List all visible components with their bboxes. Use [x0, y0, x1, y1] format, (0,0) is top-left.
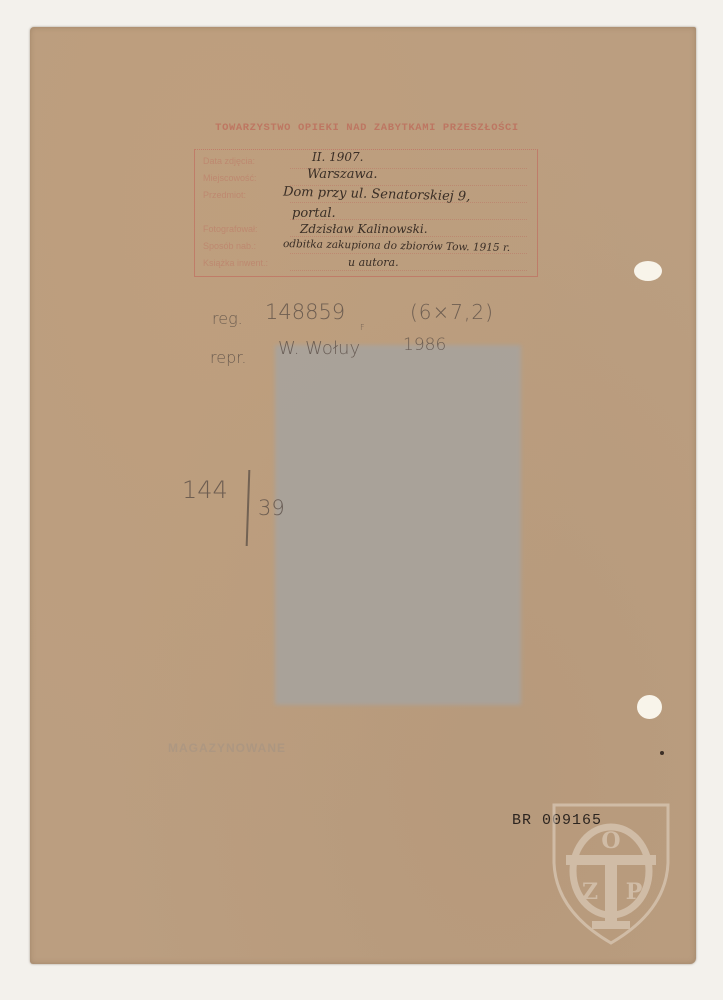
entry-place: Warszawa. [307, 167, 377, 182]
repr-by: W. Wołuy [278, 338, 360, 359]
entry-acquisition-line2: u autora. [348, 256, 399, 269]
repr-label: repr. [210, 348, 246, 367]
watermark-letter-o: O [601, 828, 620, 854]
stamp-label-subject: Przedmiot: [203, 190, 246, 200]
stamp-rule [290, 270, 527, 271]
entry-subject-line2: portal. [292, 206, 336, 221]
tozp-shield-watermark-icon: O Z P [550, 803, 672, 945]
punch-hole-top [634, 261, 662, 281]
punch-hole-bottom [637, 695, 662, 719]
stamp-label-acquisition: Sposób nab.: [203, 241, 256, 251]
stamp-rule [290, 236, 527, 237]
shelf-mark-a: 144 [182, 476, 228, 504]
entry-photographer: Zdzisław Kalinowski. [300, 222, 428, 236]
removed-photo-residue [275, 345, 521, 705]
watermark-letter-p: P [626, 879, 643, 905]
watermark-letter-z: Z [582, 879, 598, 905]
reg-suffix: F [360, 323, 365, 332]
entry-date: II. 1907. [312, 150, 363, 164]
ink-speck [660, 751, 664, 755]
reg-label: reg. [212, 309, 243, 328]
stamp-label-inventory: Książka inwent.: [203, 258, 268, 268]
shelf-mark-b: 39 [258, 496, 285, 520]
photo-size: (6×7,2) [410, 300, 494, 324]
stamp-label-photographer: Fotografował: [203, 224, 258, 234]
faint-storage-stamp: MAGAZYNOWANE [168, 741, 286, 755]
stamp-header: TOWARZYSTWO OPIEKI NAD ZABYTKAMI PRZESZŁ… [194, 122, 540, 134]
stamp-label-place: Miejscowość: [203, 173, 257, 183]
stamp-label-date: Data zdjęcia: [203, 156, 255, 166]
reg-number: 148859 [265, 300, 345, 324]
repr-year: 1986 [403, 335, 446, 355]
